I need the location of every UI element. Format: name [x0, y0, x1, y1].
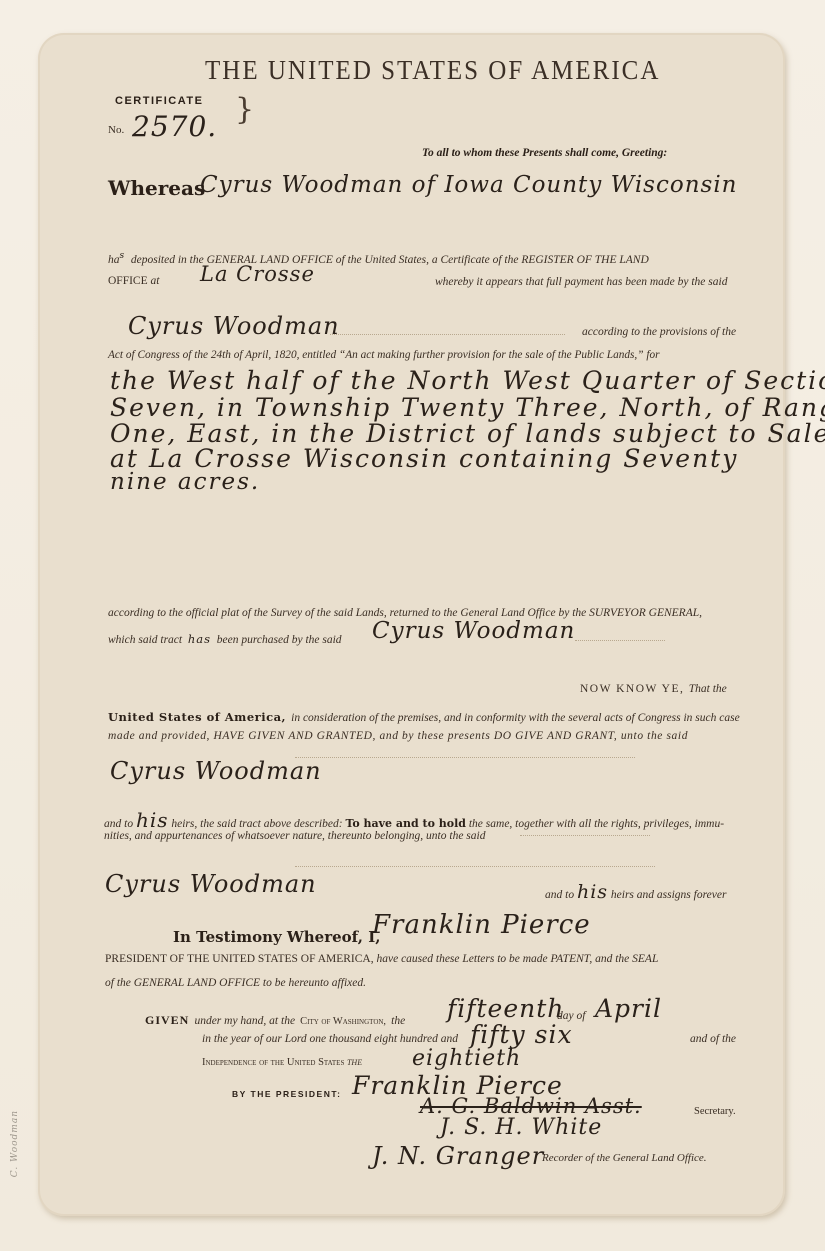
- secretary-label: Secretary.: [694, 1106, 736, 1117]
- by-the-president: BY THE PRESIDENT:: [232, 1089, 341, 1099]
- purchased-text: which said tract has been purchased by t…: [108, 632, 342, 646]
- office-location-handwritten: La Crosse: [200, 262, 315, 286]
- recorder-label: Recorder of the General Land Office.: [542, 1152, 707, 1164]
- secretary-signature-2: J. S. H. White: [440, 1115, 602, 1140]
- year-text: in the year of our Lord one thousand eig…: [202, 1033, 458, 1045]
- independence: Independence of the United States the: [202, 1056, 362, 1068]
- president-line: PRESIDENT OF THE UNITED STATES OF AMERIC…: [105, 953, 658, 965]
- certificate-no-label: No.: [108, 124, 124, 136]
- year-handwritten: fifty six: [470, 1020, 573, 1049]
- deposited-a: has deposited in the GENERAL LAND OFFICE…: [108, 251, 649, 266]
- whereas-handwritten: Cyrus Woodman of Iowa County Wisconsin: [200, 172, 738, 198]
- provisions-text: according to the provisions of the: [582, 326, 736, 338]
- recorder-signature: J. N. Granger: [372, 1142, 544, 1170]
- affixed-line: of the GENERAL LAND OFFICE to be hereunt…: [105, 977, 366, 989]
- purchaser-handwritten: Cyrus Woodman: [372, 618, 575, 644]
- land-description-line-5: nine acres.: [110, 469, 260, 495]
- whereas-word: Whereas: [108, 176, 205, 200]
- nities-line: nities, and appurtenances of whatsoever …: [104, 830, 485, 842]
- greeting: To all to whom these Presents shall come…: [422, 147, 667, 159]
- grantee-handwritten-2: Cyrus Woodman: [105, 870, 317, 898]
- grantee-handwritten: Cyrus Woodman: [110, 757, 322, 785]
- independence-handwritten: eightieth: [412, 1046, 521, 1071]
- and-of-the: and of the: [690, 1033, 736, 1045]
- month-handwritten: April: [595, 994, 662, 1023]
- document-frame: C. Woodman THE UNITED STATES OF AMERICA …: [0, 0, 825, 1251]
- payer-handwritten: Cyrus Woodman: [128, 312, 340, 340]
- document-title: THE UNITED STATES OF AMERICA: [205, 56, 660, 87]
- heirs-assigns-line: and to his heirs and assigns forever: [545, 881, 726, 903]
- president-handwritten: Franklin Pierce: [372, 910, 591, 940]
- brace-glyph: }: [235, 92, 254, 127]
- fill-line: [330, 334, 565, 335]
- fill-line: [520, 835, 650, 836]
- fill-line: [295, 866, 655, 867]
- heirs-line: and to his heirs, the said tract above d…: [104, 808, 724, 832]
- land-description-line-2: Seven, in Township Twenty Three, North, …: [110, 393, 825, 422]
- land-description-line-1: the West half of the North West Quarter …: [110, 366, 825, 395]
- consideration-line: United States of America, in considerati…: [108, 706, 740, 725]
- testimony: In Testimony Whereof, I,: [173, 928, 380, 946]
- certificate-label: CERTIFICATE: [115, 95, 203, 107]
- day-handwritten: fifteenth: [447, 994, 564, 1023]
- office-at: OFFICE at: [108, 275, 159, 287]
- now-know-ye: NOW KNOW YE, That the: [580, 683, 727, 695]
- certificate-number: 2570.: [132, 110, 217, 143]
- fill-line: [575, 640, 665, 641]
- whereby-text: whereby it appears that full payment has…: [435, 276, 727, 288]
- margin-note: C. Woodman: [10, 1110, 20, 1177]
- given-granted-line: made and provided, HAVE GIVEN AND GRANTE…: [108, 730, 688, 742]
- fill-line: [295, 757, 635, 758]
- given-line: GIVEN under my hand, at the City of Wash…: [145, 1009, 405, 1028]
- act-text: Act of Congress of the 24th of April, 18…: [108, 349, 660, 361]
